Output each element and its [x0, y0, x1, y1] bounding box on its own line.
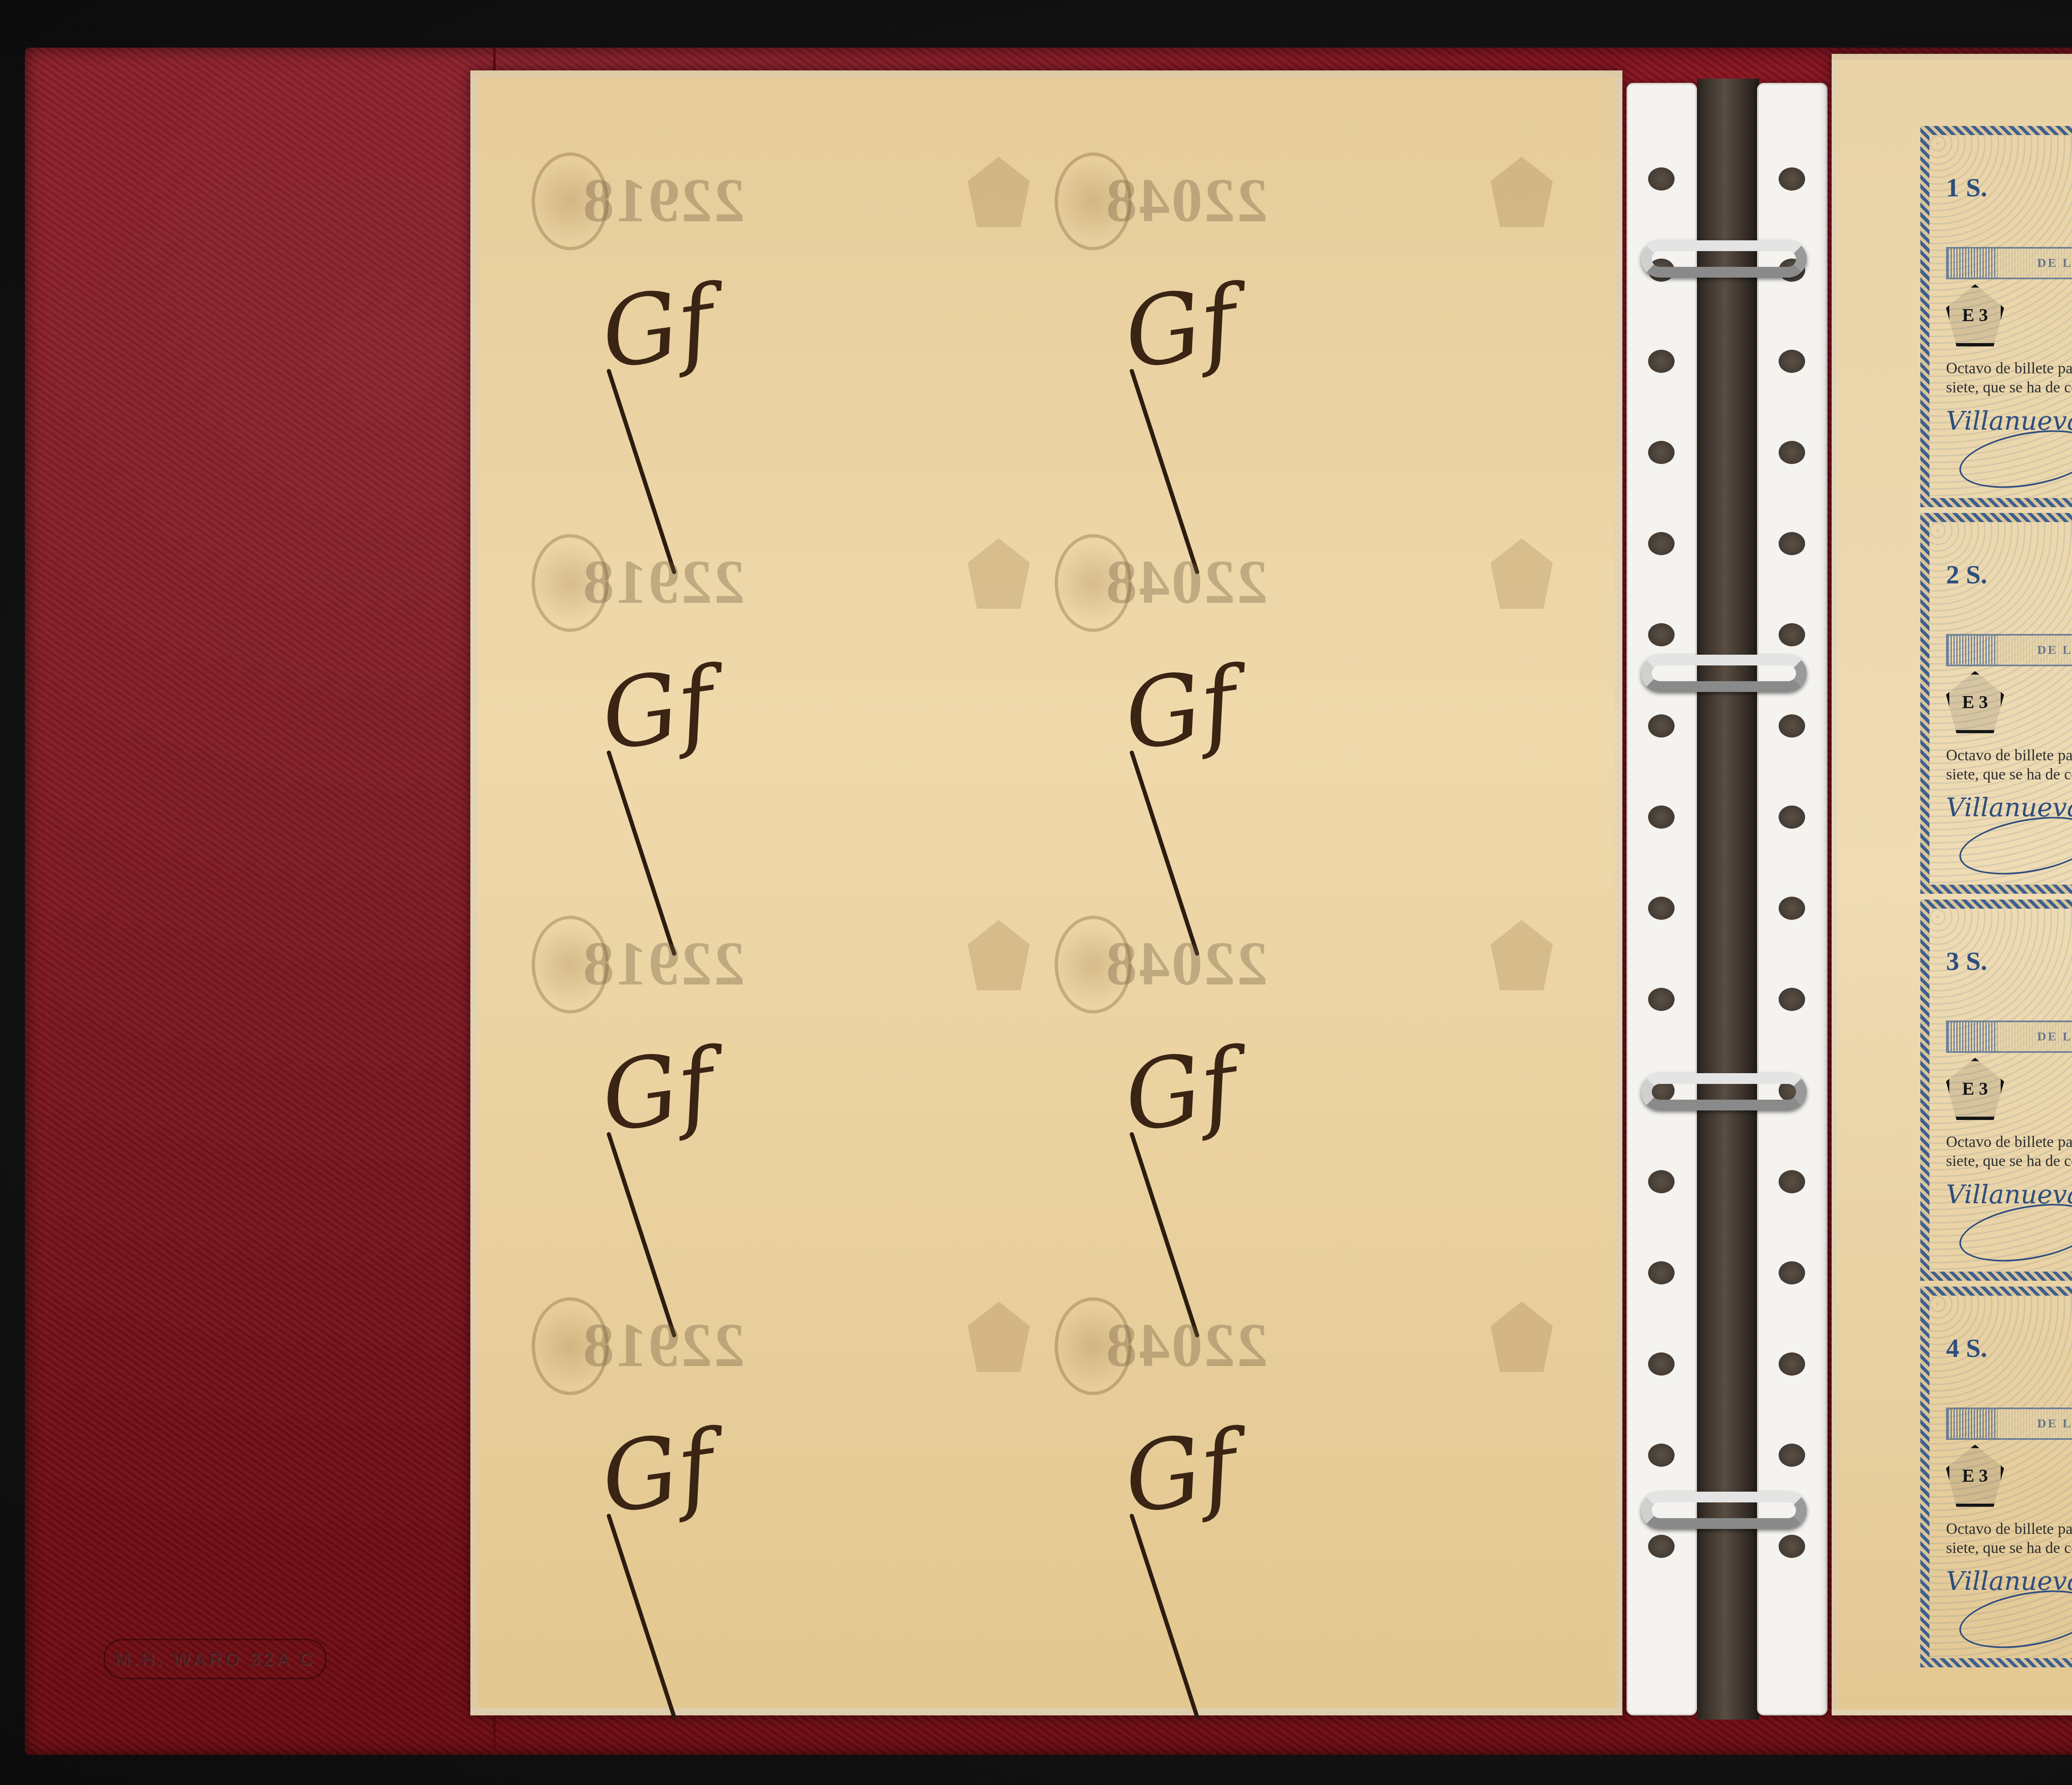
body-text: Octavo de billete para el sorteo ordinar… [1946, 747, 2072, 783]
pentagon-bleed [1491, 157, 1553, 227]
ink-signature: Gf [595, 266, 721, 391]
lottery-ticket[interactable]: 3 S. R 387. DE LA SIEMPRE FIEL ISLA DE C… [1920, 900, 2072, 1281]
serie-label: 3 S. [1946, 946, 1987, 977]
ink-signature: Gf [595, 647, 721, 772]
reverse-ticket: 22048Gf [1067, 1293, 1578, 1662]
punch-hole [1648, 532, 1675, 555]
banner: DE LA SIEMPRE FIEL ISLA DE CUBA [1946, 1408, 2072, 1440]
pentagon-bleed [968, 1301, 1030, 1372]
punch-hole [1648, 988, 1675, 1011]
punch-hole [1779, 1261, 1805, 1284]
binder-ring[interactable] [1641, 240, 1807, 278]
punch-hole [1648, 1170, 1675, 1193]
banner: DE LA SIEMPRE FIEL ISLA DE CUBA [1946, 634, 2072, 666]
punch-hole [1779, 1352, 1805, 1376]
binder-ring[interactable] [1641, 1492, 1807, 1529]
binder-spine [1697, 79, 1759, 1720]
banner-text: DE LA SIEMPRE FIEL ISLA DE CUBA [1997, 1409, 2072, 1438]
punch-hole [1648, 897, 1675, 920]
pentagon-bleed [968, 157, 1030, 227]
punch-hole [1648, 623, 1675, 646]
punch-hole [1779, 1444, 1805, 1467]
banner-text: DE LA SIEMPRE FIEL ISLA DE CUBA [1997, 249, 2072, 278]
punch-hole [1779, 988, 1805, 1011]
punch-hole [1648, 1352, 1675, 1376]
pentagon-bleed [968, 920, 1030, 990]
punch-hole [1779, 350, 1805, 373]
pentagon-stamp: E 3 [1946, 1058, 2004, 1120]
punch-hole [1648, 441, 1675, 464]
mirrored-number: 22048 [1104, 928, 1268, 999]
pentagon-bleed [1491, 538, 1553, 609]
punch-hole [1779, 623, 1805, 646]
mirrored-number: 22048 [1104, 1310, 1268, 1381]
punch-hole [1648, 805, 1675, 829]
mirrored-number: 22048 [1104, 165, 1268, 236]
reverse-ticket: 22918Gf [544, 912, 1055, 1281]
reverse-ticket: 22048Gf [1067, 530, 1578, 899]
ink-signature: Gf [1118, 1410, 1244, 1536]
right-page-front[interactable]: 1 S. A 387. DE LA SIEMPRE FIEL ISLA DE C… [1832, 54, 2072, 1715]
serie-label: 2 S. [1946, 559, 1987, 590]
banner-text: DE LA SIEMPRE FIEL ISLA DE CUBA [1997, 1022, 2072, 1051]
binder-ring[interactable] [1641, 655, 1807, 692]
punch-hole [1779, 532, 1805, 555]
lottery-ticket[interactable]: 4 S. N 387. DE LA SIEMPRE FIEL ISLA DE C… [1920, 1287, 2072, 1668]
punch-hole [1648, 1535, 1675, 1558]
banner: DE LA SIEMPRE FIEL ISLA DE CUBA [1946, 247, 2072, 279]
left-page-reverse[interactable]: 22918Gf 22048Gf 22918Gf 22048Gf 22918Gf … [470, 70, 1622, 1715]
body-text: Octavo de billete para el sorteo ordinar… [1946, 1520, 2072, 1557]
ink-stroke [1129, 1513, 1200, 1720]
punch-hole [1648, 167, 1675, 191]
punch-hole [1779, 805, 1805, 829]
banner: DE LA SIEMPRE FIEL ISLA DE CUBA [1946, 1021, 2072, 1053]
mirrored-number: 22918 [581, 547, 745, 618]
serie-label: 4 S. [1946, 1333, 1987, 1364]
punch-hole [1779, 897, 1805, 920]
ink-signature: Gf [1118, 1029, 1244, 1154]
punch-hole [1779, 441, 1805, 464]
binder-front-board [25, 48, 496, 1755]
punch-hole [1779, 714, 1805, 738]
reverse-ticket: 22918Gf [544, 530, 1055, 899]
sleeve-punch-strip-right [1757, 83, 1828, 1715]
ink-signature: Gf [595, 1029, 721, 1154]
mirrored-number: 22918 [581, 1310, 745, 1381]
punch-hole [1779, 167, 1805, 191]
pentagon-stamp: E 3 [1946, 671, 2004, 733]
ink-signature: Gf [1118, 266, 1244, 391]
ink-signature: Gf [1118, 647, 1244, 772]
pentagon-stamp: E 3 [1946, 284, 2004, 346]
lottery-ticket-sheet: 1 S. A 387. DE LA SIEMPRE FIEL ISLA DE C… [1920, 126, 2072, 1667]
banner-text: DE LA SIEMPRE FIEL ISLA DE CUBA [1997, 636, 2072, 665]
serie-label: 1 S. [1946, 172, 1987, 203]
body-text: Octavo de billete para el sorteo ordinar… [1946, 1133, 2072, 1170]
maker-stamp: M.H. WARO 32A C [104, 1639, 327, 1679]
reverse-ticket: 22918Gf [544, 1293, 1055, 1662]
pentagon-bleed [1491, 920, 1553, 990]
lottery-ticket[interactable]: 2 S. F 387. DE LA SIEMPRE FIEL ISLA DE C… [1920, 513, 2072, 894]
punch-hole [1648, 714, 1675, 738]
punch-hole [1779, 1535, 1805, 1558]
reverse-ticket: 22048Gf [1067, 148, 1578, 518]
reverse-ticket: 22048Gf [1067, 912, 1578, 1281]
body-text: Octavo de billete para el sorteo ordinar… [1946, 360, 2072, 396]
mirrored-number: 22918 [581, 928, 745, 999]
pentagon-stamp: E 3 [1946, 1445, 2004, 1507]
pentagon-bleed [1491, 1301, 1553, 1372]
binder-ring[interactable] [1641, 1073, 1807, 1110]
ink-stroke [606, 1513, 677, 1720]
ink-signature: Gf [595, 1410, 721, 1536]
punch-hole [1648, 1261, 1675, 1284]
sleeve-punch-strip-left [1627, 83, 1697, 1715]
punch-hole [1648, 1444, 1675, 1467]
punch-hole [1779, 1170, 1805, 1193]
mirrored-number: 22918 [581, 165, 745, 236]
reverse-ticket: 22918Gf [544, 148, 1055, 518]
lottery-ticket[interactable]: 1 S. A 387. DE LA SIEMPRE FIEL ISLA DE C… [1920, 126, 2072, 507]
pentagon-bleed [968, 538, 1030, 609]
mirrored-number: 22048 [1104, 547, 1268, 618]
punch-hole [1648, 350, 1675, 373]
reverse-ticket-grid: 22918Gf 22048Gf 22918Gf 22048Gf 22918Gf … [544, 148, 1578, 1662]
